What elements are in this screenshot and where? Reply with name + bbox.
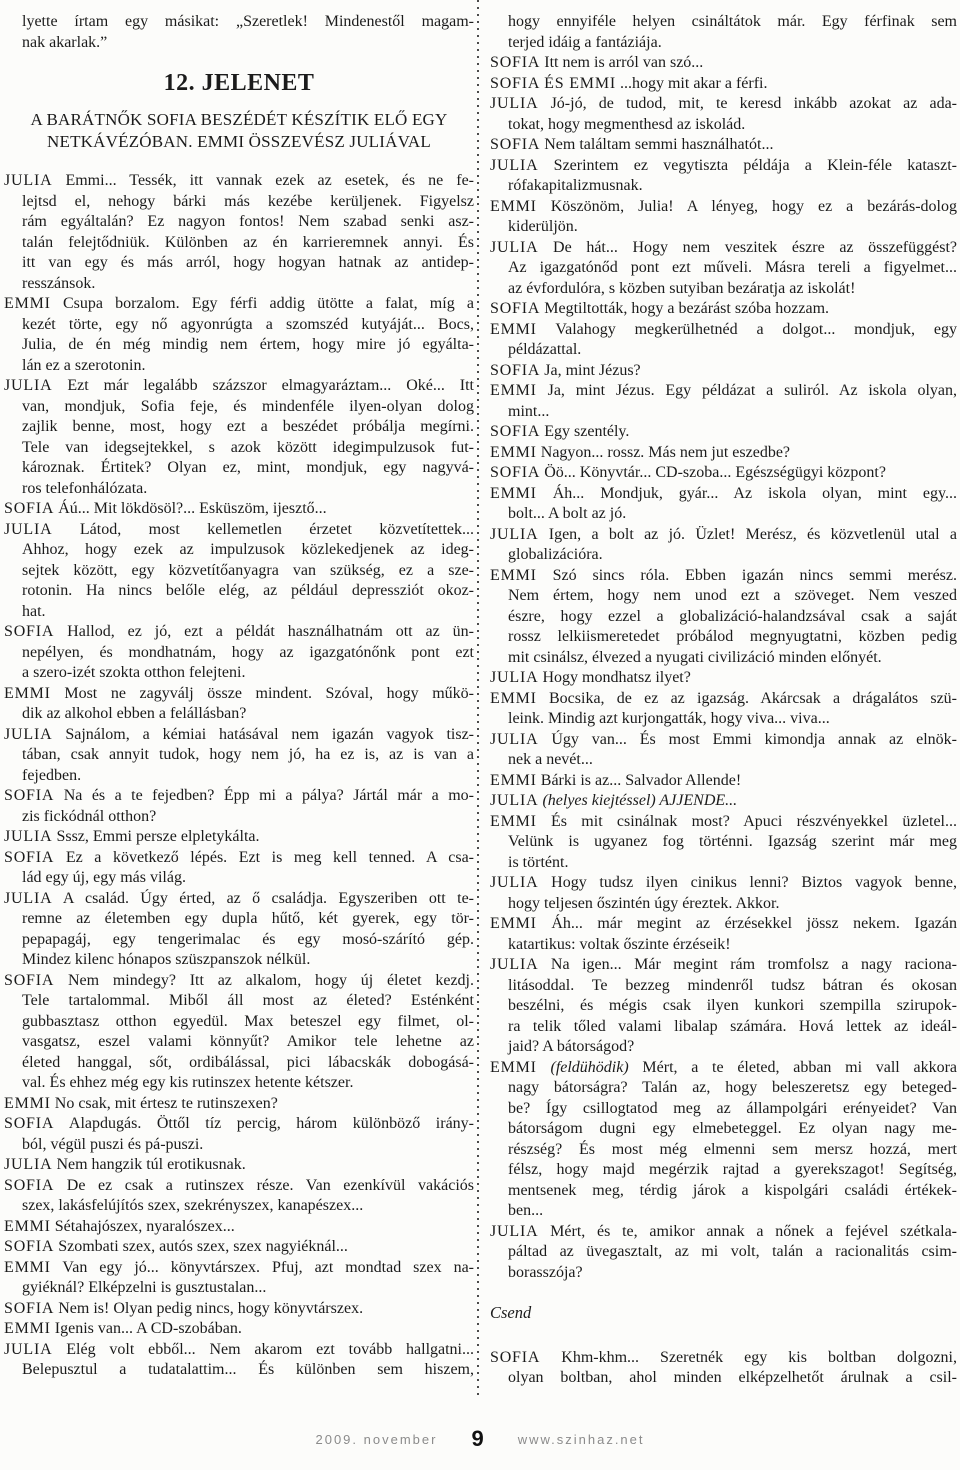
- speaker-name: SOFIA: [4, 1177, 54, 1194]
- dialogue-line: lád egy új, egy más világ.: [22, 868, 474, 889]
- dialogue-line: olyan boltban, ahol minden elképzelhetőt…: [508, 1368, 957, 1389]
- speaker-name: JULIA: [4, 1156, 52, 1173]
- dialogue-line: ra telik tőled valami libalap számára. H…: [508, 1017, 957, 1038]
- dialogue-line: életed hanggal, sőt, ordibálással, pici …: [22, 1053, 474, 1074]
- dialogue-paragraph: JULIA Ezt már legalább százszor elmagyar…: [4, 376, 474, 499]
- scene-description-line: A BARÁTNŐK SOFIA BESZÉDÉT KÉSZÍTIK ELŐ E…: [4, 109, 474, 131]
- dialogue-line: SOFIA De ez csak a rutinszex része. Van …: [22, 1176, 474, 1197]
- dialogue-line: tában, csak annyit tudok, hogy nem jó, h…: [22, 745, 474, 766]
- dialogue-line: JULIA Úgy van... És most Emmi kimondja a…: [508, 730, 957, 751]
- scene-description: A BARÁTNŐK SOFIA BESZÉDÉT KÉSZÍTIK ELŐ E…: [4, 109, 474, 153]
- dialogue-paragraph: EMMI Szó sincs róla. Ebben igazán nincs …: [490, 566, 957, 669]
- dialogue-line: bátorságom dugni egy elmebeteggel. Ez ol…: [508, 1119, 957, 1140]
- dialogue-line: EMMI Bárki is az... Salvador Allende!: [508, 771, 957, 792]
- speaker-name: EMMI: [490, 690, 537, 707]
- dialogue-paragraph: SOFIA Szombati szex, autós szex, szex na…: [4, 1237, 474, 1258]
- dialogue-line: borasszója?: [508, 1263, 957, 1284]
- dialogue-paragraph: JULIA Hogy mondhatsz ilyet?: [490, 668, 957, 689]
- dialogue-line: Julia, de én még mindig nem értem, hogy …: [22, 335, 474, 356]
- speaker-name: JULIA: [490, 669, 538, 686]
- dialogue-line: hogy ennyiféle helyen csináltátok már. E…: [508, 12, 957, 33]
- dialogue-line: hogy teljesen őszintén úgy éreztek. Akko…: [508, 894, 957, 915]
- dialogue-line: SOFIA Khm-khm... Szeretnék egy kis boltb…: [508, 1348, 957, 1369]
- dialogue-paragraph: JULIA Mért, és te, amikor annak a nőnek …: [490, 1222, 957, 1284]
- dialogue-line: jaid? A bátorságod?: [508, 1037, 957, 1058]
- dialogue-paragraph: SOFIA Itt nem is arról van szó...: [490, 53, 957, 74]
- dialogue-continuation: hogy ennyiféle helyen csináltátok már. E…: [490, 12, 957, 53]
- dialogue-line: rossz lelkiismeretedet próbálod megnyugt…: [508, 627, 957, 648]
- dialogue-line: EMMI No csak, mit értesz te rutinszexen?: [22, 1094, 474, 1115]
- dialogue-line: JULIA Sssz, Emmi persze elpletykálta.: [22, 827, 474, 848]
- dialogue-paragraph: SOFIA Alapdugás. Öttől tíz percig, három…: [4, 1114, 474, 1155]
- dialogue-paragraph: JULIA Na igen... Már megint rám tromfols…: [490, 955, 957, 1058]
- dialogue-line: EMMI Sétahajószex, nyaralószex...: [22, 1217, 474, 1238]
- dialogue-line: JULIA (helyes kiejtéssel) AJJENDE...: [508, 791, 957, 812]
- footer-date: 2009. november: [315, 1432, 437, 1447]
- dialogue-paragraph: SOFIA Ja, mint Jézus?: [490, 361, 957, 382]
- dialogue-line: JULIA A család. Úgy érted, az ő családja…: [22, 889, 474, 910]
- speaker-name: SOFIA: [4, 1115, 54, 1132]
- speaker-name: SOFIA: [490, 300, 540, 317]
- dialogue-line: EMMI Áh... már megint az érzésekkel jöss…: [508, 914, 957, 935]
- speaker-name: JULIA: [4, 1341, 52, 1358]
- dialogue-line: talán felejtődniük. Különben az én karri…: [22, 233, 474, 254]
- dialogue-paragraph: JULIA Nem hangzik túl erotikusnak.: [4, 1155, 474, 1176]
- dialogue-paragraph: SOFIA De ez csak a rutinszex része. Van …: [4, 1176, 474, 1217]
- dialogue-paragraph: EMMI Nagyon... rossz. Más nem jut eszedb…: [490, 443, 957, 464]
- dialogue-line: litásoddal. Te bezzeg mindenről tudsz bá…: [508, 976, 957, 997]
- dialogue-line: SOFIA Nem találtam semmi használhatót...: [508, 135, 957, 156]
- speaker-name: JULIA: [4, 377, 52, 394]
- dialogue-line: EMMI Csupa borzalom. Egy férfi addig ütö…: [22, 294, 474, 315]
- dialogue-paragraph: EMMI Bárki is az... Salvador Allende!: [490, 771, 957, 792]
- speaker-name: JULIA: [4, 828, 52, 845]
- dialogue-line: remne az életemben egy dupla hűtő, két g…: [22, 909, 474, 930]
- speaker-name: EMMI: [490, 198, 537, 215]
- speaker-name: JULIA: [490, 157, 538, 174]
- dialogue-line: EMMI Valahogy megkerülhetnéd a dolgot...…: [508, 320, 957, 341]
- dialogue-paragraph: JULIA Úgy van... És most Emmi kimondja a…: [490, 730, 957, 771]
- dialogue-paragraph: EMMI Bocsika, de ez az igazság. Akárcsak…: [490, 689, 957, 730]
- scene-description-line: NETKÁVÉZÓBAN. EMMI ÖSSZEVÉSZ JULIÁVAL: [4, 131, 474, 153]
- dialogue-line: EMMI Szó sincs róla. Ebben igazán nincs …: [508, 566, 957, 587]
- dialogue-paragraph: JULIA Sajnálom, a kémiai hatásával nem i…: [4, 725, 474, 787]
- dialogue-line: Mindez kilenc hónapos szüszpanszok nélkü…: [22, 950, 474, 971]
- dialogue-line: rám egyáltalán? Ez nagyon fontos! Nem sz…: [22, 212, 474, 233]
- dialogue-paragraph: EMMI Sétahajószex, nyaralószex...: [4, 1217, 474, 1238]
- speaker-name: SOFIA: [490, 423, 540, 440]
- speaker-name: EMMI: [4, 295, 51, 312]
- dialogue-line: JULIA Sajnálom, a kémiai hatásával nem i…: [22, 725, 474, 746]
- dialogue-line: EMMI Van egy jó... könyvtárszex. Pfuj, a…: [22, 1258, 474, 1279]
- dialogue-paragraph: EMMI Igenis van... A CD-szobában.: [4, 1319, 474, 1340]
- dialogue-line: JULIA Szerintem ez vegytiszta példája a …: [508, 156, 957, 177]
- dialogue-line: ben...: [508, 1201, 957, 1222]
- script-page: lyette írtam egy másikat: „Szeretlek! Mi…: [0, 0, 960, 1470]
- dialogue-line: hat.: [22, 602, 474, 623]
- dialogue-line: rófakapitalizmusnak.: [508, 176, 957, 197]
- dialogue-paragraph: SOFIA Khm-khm... Szeretnék egy kis boltb…: [490, 1348, 957, 1389]
- dialogue-line: leink. Mindig azt kurjongatták, hogy viv…: [508, 709, 957, 730]
- dialogue-line: lyette írtam egy másikat: „Szeretlek! Mi…: [22, 12, 474, 33]
- dialogue-paragraph: SOFIA ÉS EMMI ...hogy mit akar a férfi.: [490, 74, 957, 95]
- dialogue-line: SOFIA ÉS EMMI ...hogy mit akar a férfi.: [508, 74, 957, 95]
- speaker-name: JULIA: [490, 792, 538, 809]
- dialogue-paragraph: SOFIA Egy szentély.: [490, 422, 957, 443]
- dialogue-paragraph: SOFIA Nem is! Olyan pedig nincs, hogy kö…: [4, 1299, 474, 1320]
- dialogue-paragraph: SOFIA Na és a te fejedben? Épp mi a pály…: [4, 786, 474, 827]
- dialogue-line: globalizációra.: [508, 545, 957, 566]
- dialogue-paragraph: SOFIA Nem mindegy? Itt az alkalom, hogy …: [4, 971, 474, 1094]
- dialogue-line: ros telefonhálózata.: [22, 479, 474, 500]
- speaker-name: SOFIA ÉS EMMI: [490, 75, 616, 92]
- speaker-name: JULIA: [4, 890, 52, 907]
- speaker-name: SOFIA: [4, 623, 54, 640]
- dialogue-line: JULIA Na igen... Már megint rám tromfols…: [508, 955, 957, 976]
- right-column: hogy ennyiféle helyen csináltátok már. E…: [490, 12, 957, 1389]
- dialogue-line: SOFIA Hallod, ez jó, ezt a példát haszná…: [22, 622, 474, 643]
- dialogue-paragraph: JULIA Látod, most kellemetlen érzetet kö…: [4, 520, 474, 623]
- dialogue-line: JULIA Emmi... Tessék, itt vannak ezek az…: [22, 171, 474, 192]
- footer-page-number: 9: [471, 1426, 483, 1452]
- dialogue-line: kezét törte, egy nő agyonrúgta a szomszé…: [22, 315, 474, 336]
- dialogue-paragraph: SOFIA Hallod, ez jó, ezt a példát haszná…: [4, 622, 474, 684]
- dialogue-paragraph: JULIA Igen, a bolt az jó. Üzlet! Merész,…: [490, 525, 957, 566]
- dialogue-line: EMMI Bocsika, de ez az igazság. Akárcsak…: [508, 689, 957, 710]
- dialogue-line: Belepusztul a tudatalattim... És különbe…: [22, 1360, 474, 1381]
- dialogue-line: bolt... A bolt az jó.: [508, 504, 957, 525]
- dialogue-line: zis fickódnál otthon?: [22, 807, 474, 828]
- dialogue-paragraph: EMMI Valahogy megkerülhetnéd a dolgot...…: [490, 320, 957, 361]
- speaker-name: EMMI: [490, 567, 537, 584]
- dialogue-line: lán ez a szerotonin.: [22, 356, 474, 377]
- dialogue-line: val. És ehhez még egy kis rutinszex hete…: [22, 1073, 474, 1094]
- dialogue-paragraph: EMMI Ja, mint Jézus. Egy példázat a suli…: [490, 381, 957, 422]
- dialogue-line: JULIA De hát... Hogy nem veszitek észre …: [508, 238, 957, 259]
- dialogue-line: SOFIA Ez a következő lépés. Ezt is meg k…: [22, 848, 474, 869]
- speaker-name: EMMI: [490, 382, 537, 399]
- speaker-name: SOFIA: [4, 1300, 54, 1317]
- dialogue-line: SOFIA Na és a te fejedben? Épp mi a pály…: [22, 786, 474, 807]
- dialogue-line: EMMI Igenis van... A CD-szobában.: [22, 1319, 474, 1340]
- speaker-name: JULIA: [490, 874, 538, 891]
- dialogue-line: észre, hogy ezzel a globalizáció-halandz…: [508, 607, 957, 628]
- dialogue-line: is történt.: [508, 853, 957, 874]
- dialogue-line: katartikus: voltak őszinte érzéseik!: [508, 935, 957, 956]
- dialogue-line: nak akarlak.”: [22, 33, 474, 54]
- dialogue-line: SOFIA Ja, mint Jézus?: [508, 361, 957, 382]
- dialogue-line: fejedben.: [22, 766, 474, 787]
- dialogue-line: dik az alkohol ebben a felállásban?: [22, 704, 474, 725]
- dialogue-line: károznak. Értitek? Olyan ez, mint, mondj…: [22, 458, 474, 479]
- speaker-name: JULIA: [490, 95, 538, 112]
- dialogue-line: SOFIA Öö... Könyvtár... CD-szoba... Egés…: [508, 463, 957, 484]
- speaker-name: SOFIA: [4, 972, 54, 989]
- dialogue-line: itt van egy és más arról, hogy hogyan ha…: [22, 253, 474, 274]
- dialogue-line: lejtsd el, nehogy bárki más kezébe kerül…: [22, 192, 474, 213]
- dialogue-line: nek a nevét...: [508, 750, 957, 771]
- dialogue-paragraph: EMMI Áh... Mondjuk, gyár... Az iskola ol…: [490, 484, 957, 525]
- speaker-name: JULIA: [490, 731, 538, 748]
- dialogue-paragraph: JULIA Elég volt ebből... Nem akarom ezt …: [4, 1340, 474, 1381]
- left-column: lyette írtam egy másikat: „Szeretlek! Mi…: [4, 12, 474, 1381]
- speaker-name: JULIA: [490, 526, 538, 543]
- speaker-name: SOFIA: [4, 849, 54, 866]
- speaker-name: EMMI: [490, 813, 537, 830]
- speaker-name: EMMI: [4, 1095, 51, 1112]
- dialogue-line: EMMI (feldühödik) Mért, a te életed, abb…: [508, 1058, 957, 1079]
- dialogue-line: JULIA Hogy mondhatsz ilyet?: [508, 668, 957, 689]
- dialogue-line: JULIA Igen, a bolt az jó. Üzlet! Merész,…: [508, 525, 957, 546]
- dialogue-line: EMMI És mit csinálnak most? Apuci részvé…: [508, 812, 957, 833]
- dialogue-line: beszélni, és mégis csak ilyen kunkori sz…: [508, 996, 957, 1017]
- speaker-name: EMMI: [490, 772, 537, 789]
- dialogue-line: Nem értem, hogy nem unod ezt a szöveget.…: [508, 586, 957, 607]
- dialogue-line: Ahhoz, hogy ezek az impulzusok közlekedj…: [22, 540, 474, 561]
- dialogue-line: példázattal.: [508, 340, 957, 361]
- dialogue-line: részség? És most még elmenni sem mersz h…: [508, 1140, 957, 1161]
- dialogue-line: Velünk is ugyanez fog történni. Igazság …: [508, 832, 957, 853]
- dialogue-line: JULIA Jó-jó, de tudod, mit, te keresd in…: [508, 94, 957, 115]
- dialogue-paragraph: SOFIA Nem találtam semmi használhatót...: [490, 135, 957, 156]
- dialogue-line: SOFIA Nem mindegy? Itt az alkalom, hogy …: [22, 971, 474, 992]
- dialogue-line: szex, lakásfelújítós szex, szekrényszex,…: [22, 1196, 474, 1217]
- dialogue-line: EMMI Nagyon... rossz. Más nem jut eszedb…: [508, 443, 957, 464]
- dialogue-paragraph: JULIA Sssz, Emmi persze elpletykálta.: [4, 827, 474, 848]
- speaker-name: JULIA: [4, 521, 52, 538]
- page-footer: 2009. november 9 www.szinhaz.net: [0, 1426, 960, 1452]
- dialogue-line: EMMI Köszönöm, Julia! A lényeg, hogy ez …: [508, 197, 957, 218]
- speaker-name: EMMI: [490, 485, 537, 502]
- dialogue-line: páltad az üvegasztalt, az mi volt, talán…: [508, 1242, 957, 1263]
- speaker-name: JULIA: [490, 1223, 538, 1240]
- footer-website: www.szinhaz.net: [518, 1432, 645, 1447]
- speaker-name: EMMI: [490, 915, 537, 932]
- dialogue-paragraph: EMMI És mit csinálnak most? Apuci részvé…: [490, 812, 957, 874]
- dialogue-line: vasgatsz, eszel valami könnyűt? Amikor t…: [22, 1032, 474, 1053]
- dialogue-line: van, mondjuk, Sofia feje, és mindenféle …: [22, 397, 474, 418]
- dialogue-line: a szero-izét szokta otthon felejteni.: [22, 663, 474, 684]
- dialogue-paragraph: JULIA A család. Úgy érted, az ő családja…: [4, 889, 474, 971]
- dialogue-line: resszánsok.: [22, 274, 474, 295]
- dialogue-line: Tele tartalommal. Miből áll most az élet…: [22, 991, 474, 1012]
- dialogue-paragraph: EMMI Köszönöm, Julia! A lényeg, hogy ez …: [490, 197, 957, 238]
- dialogue-line: JULIA Mért, és te, amikor annak a nőnek …: [508, 1222, 957, 1243]
- speaker-name: JULIA: [4, 172, 52, 189]
- dialogue-line: tokat, hogy megmenthesd az iskolád.: [508, 115, 957, 136]
- dialogue-line: pepapagáj, egy tengerimalac és egy mosó-…: [22, 930, 474, 951]
- speaker-name: SOFIA: [490, 136, 540, 153]
- dialogue-line: az évfordulóra, s közben sutyiban bezára…: [508, 279, 957, 300]
- dialogue-line: JULIA Nem hangzik túl erotikusnak.: [22, 1155, 474, 1176]
- dialogue-line: zajlik benne, most, hogy ezt a beszédet …: [22, 417, 474, 438]
- dialogue-continuation: lyette írtam egy másikat: „Szeretlek! Mi…: [4, 12, 474, 53]
- dialogue-paragraph: JULIA De hát... Hogy nem veszitek észre …: [490, 238, 957, 300]
- speaker-name: EMMI: [4, 685, 51, 702]
- speaker-name: SOFIA: [490, 54, 540, 71]
- dialogue-paragraph: JULIA Szerintem ez vegytiszta példája a …: [490, 156, 957, 197]
- dialogue-line: JULIA Hogy tudsz ilyen cinikus lenni? Bi…: [508, 873, 957, 894]
- dialogue-paragraph: EMMI Csupa borzalom. Egy férfi addig ütö…: [4, 294, 474, 376]
- dialogue-paragraph: SOFIA Ez a következő lépés. Ezt is meg k…: [4, 848, 474, 889]
- dialogue-line: JULIA Elég volt ebből... Nem akarom ezt …: [22, 1340, 474, 1361]
- speaker-name: EMMI: [4, 1259, 51, 1276]
- dialogue-paragraph: EMMI Van egy jó... könyvtárszex. Pfuj, a…: [4, 1258, 474, 1299]
- dialogue-paragraph: JULIA Hogy tudsz ilyen cinikus lenni? Bi…: [490, 873, 957, 914]
- dialogue-paragraph: SOFIA Öö... Könyvtár... CD-szoba... Egés…: [490, 463, 957, 484]
- dialogue-line: JULIA Ezt már legalább százszor elmagyar…: [22, 376, 474, 397]
- dialogue-paragraph: JULIA Emmi... Tessék, itt vannak ezek az…: [4, 171, 474, 294]
- dialogue-line: gubbasztasz otthon egyedül. Max beteszel…: [22, 1012, 474, 1033]
- speaker-name: EMMI: [4, 1320, 51, 1337]
- speaker-name: JULIA: [4, 726, 52, 743]
- dialogue-line: mint...: [508, 402, 957, 423]
- dialogue-paragraph: EMMI No csak, mit értesz te rutinszexen?: [4, 1094, 474, 1115]
- speaker-name: SOFIA: [4, 787, 54, 804]
- dialogue-line: nagy bátorságra? Talán az, hogy beleszer…: [508, 1078, 957, 1099]
- speaker-name: JULIA: [490, 239, 538, 256]
- dialogue-line: SOFIA Áú... Mit lökdösöl?... Esküszöm, i…: [22, 499, 474, 520]
- dialogue-line: SOFIA Alapdugás. Öttől tíz percig, három…: [22, 1114, 474, 1135]
- dialogue-line: SOFIA Nem is! Olyan pedig nincs, hogy kö…: [22, 1299, 474, 1320]
- dialogue-line: Tele van idegsejtekkel, s azok között id…: [22, 438, 474, 459]
- dialogue-paragraph: JULIA (helyes kiejtéssel) AJJENDE...: [490, 791, 957, 812]
- dialogue-line: rotonin. Ha nincs belőle elég, az példáu…: [22, 581, 474, 602]
- dialogue-line: Az igazgatónőd pont ezt műveli. Másra te…: [508, 258, 957, 279]
- dialogue-line: EMMI Áh... Mondjuk, gyár... Az iskola ol…: [508, 484, 957, 505]
- speaker-name: EMMI: [490, 321, 537, 338]
- speaker-name: EMMI: [490, 1059, 537, 1076]
- dialogue-line: EMMI Most ne zagyválj össze mindent. Szó…: [22, 684, 474, 705]
- dialogue-line: SOFIA Egy szentély.: [508, 422, 957, 443]
- dialogue-line: be? Így csillogtatod meg az állampolgári…: [508, 1099, 957, 1120]
- dialogue-line: SOFIA Szombati szex, autós szex, szex na…: [22, 1237, 474, 1258]
- dialogue-paragraph: SOFIA Megtiltották, hogy a bezárást szób…: [490, 299, 957, 320]
- dialogue-line: gyiéknál? Elképzelni is gusztustalan...: [22, 1278, 474, 1299]
- dialogue-paragraph: SOFIA Áú... Mit lökdösöl?... Esküszöm, i…: [4, 499, 474, 520]
- dialogue-line: nepélyen, és mondhatnám, hogy az igazgat…: [22, 643, 474, 664]
- speaker-name: EMMI: [4, 1218, 51, 1235]
- dialogue-line: EMMI Ja, mint Jézus. Egy példázat a suli…: [508, 381, 957, 402]
- dialogue-line: SOFIA Megtiltották, hogy a bezárást szób…: [508, 299, 957, 320]
- dialogue-line: mit csinálsz, élvezed a nyugati civilizá…: [508, 648, 957, 669]
- scene-heading: 12. JELENET: [4, 69, 474, 97]
- speaker-name: SOFIA: [4, 1238, 54, 1255]
- dialogue-paragraph: EMMI Áh... már megint az érzésekkel jöss…: [490, 914, 957, 955]
- dialogue-line: JULIA Látod, most kellemetlen érzetet kö…: [22, 520, 474, 541]
- speaker-name: JULIA: [490, 956, 538, 973]
- dialogue-line: ból, végül puszi és pá-puszi.: [22, 1135, 474, 1156]
- speaker-name: SOFIA: [4, 500, 54, 517]
- dialogue-line: félsz, hogy majd megérzik rajtad a gyere…: [508, 1160, 957, 1181]
- speaker-name: SOFIA: [490, 362, 540, 379]
- dialogue-paragraph: EMMI Most ne zagyválj össze mindent. Szó…: [4, 684, 474, 725]
- dialogue-line: mentsenek meg, térdig járok a kispolgári…: [508, 1181, 957, 1202]
- dialogue-paragraph: EMMI (feldühödik) Mért, a te életed, abb…: [490, 1058, 957, 1222]
- speaker-name: SOFIA: [490, 464, 540, 481]
- dialogue-paragraph: JULIA Jó-jó, de tudod, mit, te keresd in…: [490, 94, 957, 135]
- dialogue-line: kiderüljön.: [508, 217, 957, 238]
- stage-direction: Csend: [490, 1303, 957, 1324]
- dialogue-line: SOFIA Itt nem is arról van szó...: [508, 53, 957, 74]
- dialogue-line: terjed idáig a fantáziája.: [508, 33, 957, 54]
- speaker-name: EMMI: [490, 444, 537, 461]
- speaker-name: SOFIA: [490, 1349, 540, 1366]
- dialogue-line: sejtek között, egy közvetítőanyagra van …: [22, 561, 474, 582]
- column-divider: [477, 0, 479, 1398]
